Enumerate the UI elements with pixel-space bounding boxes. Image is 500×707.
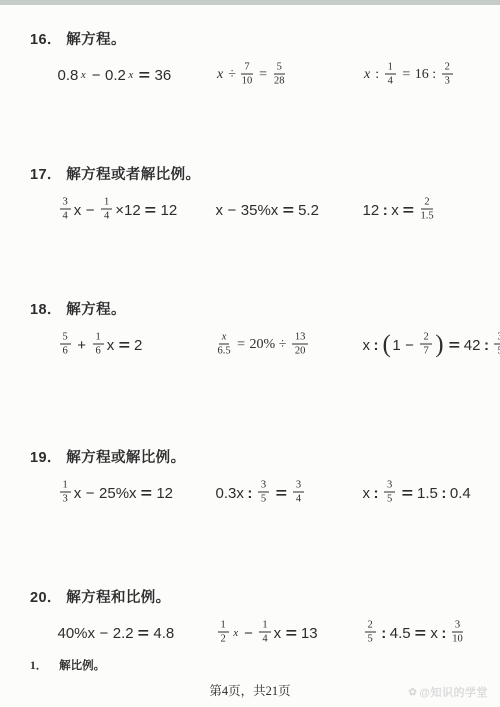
math-token: : bbox=[438, 625, 449, 642]
denominator: 3 bbox=[63, 493, 68, 506]
denominator: 4 bbox=[262, 633, 267, 646]
equation-row: 13x−25%x=120.3x:35=34x:35=1.5:0.4 bbox=[0, 475, 500, 511]
math-token: x bbox=[73, 202, 82, 219]
numerator: 1 bbox=[101, 196, 112, 210]
equation: x:14=16:23 bbox=[362, 57, 500, 93]
fraction: 21.5 bbox=[420, 196, 433, 223]
equation: x:35=1.5:0.4 bbox=[362, 475, 500, 511]
math-token: − bbox=[224, 202, 241, 219]
fraction: 56 bbox=[60, 331, 71, 358]
numerator: 3 bbox=[494, 331, 500, 345]
watermark: ✿ @知识的学堂 bbox=[408, 684, 488, 700]
equation: 12:x=21.5 bbox=[362, 192, 500, 228]
denominator: 5 bbox=[387, 493, 392, 506]
worksheet-page: 16． 解方程。 0.8x−0.2x=36x÷710=528x:14=16:23… bbox=[0, 0, 500, 707]
math-token: 0.8 bbox=[57, 67, 79, 84]
math-token: = bbox=[134, 485, 158, 502]
math-token: x bbox=[231, 627, 240, 639]
problem-section: 19． 解方程或解比例。 13x−25%x=120.3x:35=34x:35=1… bbox=[0, 446, 500, 511]
math-token: = bbox=[398, 67, 414, 83]
math-token: − bbox=[82, 202, 99, 219]
math-token: x bbox=[362, 337, 371, 354]
math-token: ÷ bbox=[276, 337, 290, 353]
math-token: : bbox=[244, 485, 255, 502]
numerator: 1 bbox=[385, 61, 396, 75]
problem-title: 解比例。 bbox=[59, 660, 105, 672]
math-token: 0.4 bbox=[449, 485, 471, 502]
math-token: 12 bbox=[160, 202, 178, 219]
denominator: 4 bbox=[63, 210, 68, 223]
problem-section: 16． 解方程。 0.8x−0.2x=36x÷710=528x:14=16:23 bbox=[0, 28, 500, 93]
problem-number: 1． bbox=[30, 660, 47, 672]
math-token: : bbox=[380, 202, 391, 219]
math-token: − bbox=[401, 337, 418, 354]
math-token: − bbox=[88, 67, 105, 84]
section-heading: 18． 解方程。 bbox=[0, 298, 500, 319]
numerator: 1 bbox=[60, 479, 71, 493]
math-token: = bbox=[112, 337, 136, 354]
math-token: 0.3x bbox=[215, 485, 244, 502]
math-token: x bbox=[215, 67, 225, 83]
math-token: = bbox=[276, 202, 300, 219]
math-token: − bbox=[82, 485, 99, 502]
fraction: 310 bbox=[452, 619, 463, 646]
fraction: 14 bbox=[259, 619, 270, 646]
fraction: 528 bbox=[274, 61, 285, 88]
math-token: : bbox=[371, 485, 382, 502]
denominator: 10 bbox=[242, 75, 253, 88]
denominator: 6.5 bbox=[218, 345, 231, 358]
denominator: 7 bbox=[423, 345, 428, 358]
math-token: x bbox=[79, 69, 88, 81]
next-problem-heading: 1． 解比例。 bbox=[30, 657, 105, 673]
page-number-text: 第4页，共21页 bbox=[209, 684, 290, 698]
fraction: 25 bbox=[365, 619, 376, 646]
problem-number: 20． bbox=[30, 586, 62, 607]
math-token: 5.2 bbox=[298, 202, 320, 219]
equation: x÷710=528 bbox=[215, 57, 362, 93]
denominator: 5 bbox=[368, 633, 373, 646]
denominator: 5 bbox=[261, 493, 266, 506]
fraction: 35 bbox=[258, 479, 269, 506]
math-token: = bbox=[408, 625, 432, 642]
math-token: x bbox=[362, 67, 372, 83]
denominator: 3 bbox=[445, 75, 450, 88]
denominator: 10 bbox=[452, 633, 463, 646]
math-token: + bbox=[73, 337, 90, 354]
section-heading: 20． 解方程和比例。 bbox=[0, 586, 500, 607]
fraction: 13 bbox=[60, 479, 71, 506]
fraction: 23 bbox=[442, 61, 453, 88]
equation: 34x−14×12=12 bbox=[57, 192, 215, 228]
numerator: 7 bbox=[241, 61, 252, 75]
math-token: − bbox=[240, 625, 257, 642]
numerator: 3 bbox=[258, 479, 269, 493]
math-token: − bbox=[96, 625, 113, 642]
fraction: 34 bbox=[60, 196, 71, 223]
problem-section: 18． 解方程。 56+16x=2x6.5=20%÷1320x:(1−27)=4… bbox=[0, 298, 500, 363]
problem-title: 解方程和比例。 bbox=[66, 590, 170, 606]
problem-title: 解方程。 bbox=[66, 302, 126, 318]
equation: x6.5=20%÷1320 bbox=[215, 327, 362, 363]
denominator: 6 bbox=[96, 345, 101, 358]
equation-row: 34x−14×12=12x−35%x=5.212:x=21.5 bbox=[0, 192, 500, 228]
math-token: : bbox=[438, 485, 449, 502]
fraction: 16 bbox=[93, 331, 104, 358]
equation-row: 0.8x−0.2x=36x÷710=528x:14=16:23 bbox=[0, 57, 500, 93]
math-token: 1 bbox=[392, 337, 401, 354]
equation: 25:4.5=x:310 bbox=[362, 615, 500, 651]
watermark-text: @知识的学堂 bbox=[419, 684, 488, 700]
numerator: 2 bbox=[420, 331, 431, 345]
problem-number: 16． bbox=[30, 28, 62, 49]
equation: x:(1−27)=42:35 bbox=[362, 327, 500, 363]
numerator: 2 bbox=[421, 196, 432, 210]
section-heading: 19． 解方程或解比例。 bbox=[0, 446, 500, 467]
math-token: 4.8 bbox=[153, 625, 175, 642]
equation: 56+16x=2 bbox=[57, 327, 215, 363]
fraction: 14 bbox=[101, 196, 112, 223]
numerator: 5 bbox=[274, 61, 285, 75]
math-token: = bbox=[269, 485, 293, 502]
fraction: 34 bbox=[293, 479, 304, 506]
section-heading: 16． 解方程。 bbox=[0, 28, 500, 49]
math-token: = bbox=[396, 202, 420, 219]
denominator: 4 bbox=[296, 493, 301, 506]
math-token: = bbox=[131, 625, 155, 642]
math-token: = bbox=[395, 485, 419, 502]
math-token: 25%x bbox=[99, 485, 138, 502]
math-token: 35%x bbox=[240, 202, 279, 219]
math-token: : bbox=[429, 67, 439, 83]
fraction: 14 bbox=[385, 61, 396, 88]
fraction: 1320 bbox=[292, 331, 309, 358]
denominator: 1.5 bbox=[420, 210, 433, 223]
math-token: ( bbox=[383, 332, 391, 357]
equation: 13x−25%x=12 bbox=[57, 475, 215, 511]
math-token: 36 bbox=[154, 67, 172, 84]
math-token: 0.2 bbox=[105, 67, 127, 84]
numerator: 2 bbox=[365, 619, 376, 633]
math-token: x bbox=[73, 485, 82, 502]
numerator: 3 bbox=[60, 196, 71, 210]
math-token: = bbox=[279, 625, 303, 642]
math-token: 20% bbox=[249, 337, 276, 353]
numerator: 1 bbox=[259, 619, 270, 633]
math-token: = bbox=[233, 337, 249, 353]
equation: 0.8x−0.2x=36 bbox=[57, 57, 215, 93]
equation-row: 56+16x=2x6.5=20%÷1320x:(1−27)=42:35 bbox=[0, 327, 500, 363]
math-token: = bbox=[442, 337, 466, 354]
equation: 40%x−2.2=4.8 bbox=[57, 615, 215, 651]
denominator: 4 bbox=[388, 75, 393, 88]
math-token: x bbox=[362, 485, 371, 502]
math-token: : bbox=[372, 67, 382, 83]
math-token: 1.5 bbox=[417, 485, 439, 502]
denominator: 4 bbox=[104, 210, 109, 223]
math-token: = bbox=[132, 67, 156, 84]
problem-section: 17． 解方程或者解比例。 34x−14×12=12x−35%x=5.212:x… bbox=[0, 163, 500, 228]
fraction: 35 bbox=[494, 331, 500, 358]
denominator: 2 bbox=[221, 633, 226, 646]
problem-number: 19． bbox=[30, 446, 62, 467]
equation: 0.3x:35=34 bbox=[215, 475, 362, 511]
math-token: = bbox=[255, 67, 271, 83]
math-token: 16 bbox=[414, 67, 429, 83]
fraction: 710 bbox=[241, 61, 252, 88]
numerator: x bbox=[219, 331, 230, 345]
fraction: 27 bbox=[420, 331, 431, 358]
numerator: 3 bbox=[384, 479, 395, 493]
problem-title: 解方程。 bbox=[66, 32, 126, 48]
math-token: : bbox=[371, 337, 382, 354]
denominator: 20 bbox=[295, 345, 306, 358]
fraction: 12 bbox=[218, 619, 229, 646]
problem-section: 20． 解方程和比例。 40%x−2.2=4.812x−14x=1325:4.5… bbox=[0, 586, 500, 651]
numerator: 1 bbox=[218, 619, 229, 633]
problem-number: 17． bbox=[30, 163, 62, 184]
math-token: : bbox=[481, 337, 492, 354]
numerator: 2 bbox=[442, 61, 453, 75]
math-token: x bbox=[215, 202, 224, 219]
numerator: 13 bbox=[292, 331, 309, 345]
fraction: 35 bbox=[384, 479, 395, 506]
watermark-logo-icon: ✿ bbox=[408, 687, 417, 698]
math-token: 40%x bbox=[57, 625, 96, 642]
math-token: 12 bbox=[362, 202, 380, 219]
problem-number: 18． bbox=[30, 298, 62, 319]
math-token: : bbox=[378, 625, 389, 642]
equation: x−35%x=5.2 bbox=[215, 192, 362, 228]
problem-title: 解方程或者解比例。 bbox=[66, 167, 200, 183]
numerator: 3 bbox=[293, 479, 304, 493]
numerator: 3 bbox=[452, 619, 463, 633]
fraction: x6.5 bbox=[218, 331, 231, 358]
equation-row: 40%x−2.2=4.812x−14x=1325:4.5=x:310 bbox=[0, 615, 500, 651]
denominator: 28 bbox=[274, 75, 285, 88]
math-token: = bbox=[138, 202, 162, 219]
numerator: 1 bbox=[93, 331, 104, 345]
page-top-edge bbox=[0, 0, 500, 5]
denominator: 6 bbox=[63, 345, 68, 358]
numerator: 5 bbox=[60, 331, 71, 345]
problem-title: 解方程或解比例。 bbox=[66, 450, 185, 466]
section-heading: 17． 解方程或者解比例。 bbox=[0, 163, 500, 184]
equation: 12x−14x=13 bbox=[215, 615, 362, 651]
math-token: ÷ bbox=[225, 67, 239, 83]
